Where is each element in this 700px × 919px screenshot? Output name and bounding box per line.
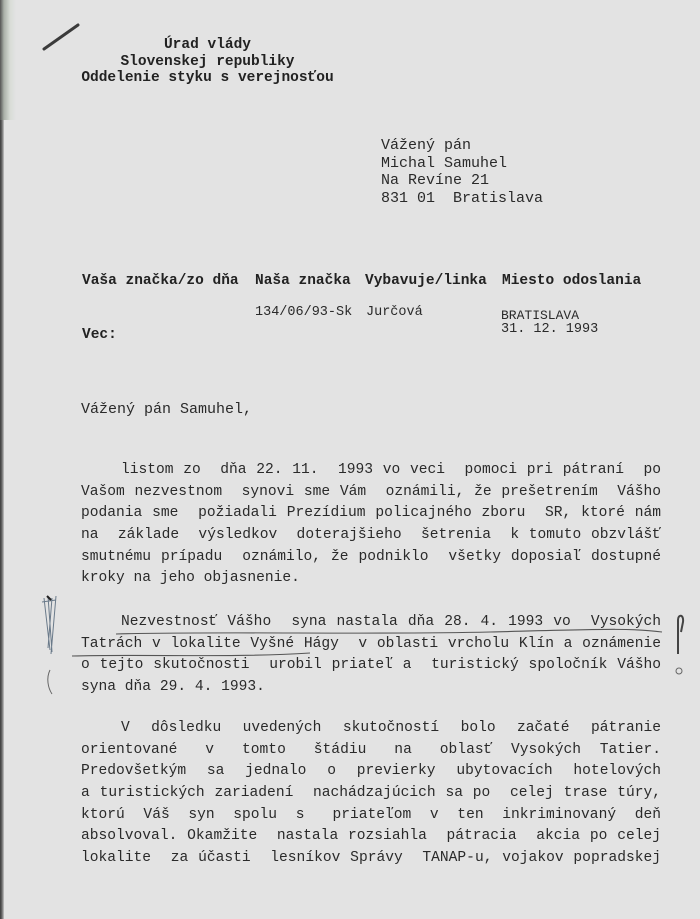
sender-block: Úrad vlády Slovenskej republiky Oddeleni… [80,37,335,87]
text-line: Predovšetkým sa jednalo o previerky ubyt… [81,761,661,783]
subject-label: Vec: [82,327,117,343]
text-line: Vašom nezvestnom synovi sme Vám oznámili… [81,482,661,504]
recipient-line: Vážený pán [381,137,543,155]
our-ref-value: 134/06/93-Sk [255,305,352,320]
sender-line: Oddelenie styku s verejnosťou [80,70,335,87]
recipient-line: Na Revíne 21 [381,172,543,190]
scan-edge [0,0,4,919]
pen-mark [40,20,85,55]
text-line: syna dňa 29. 4. 1993. [81,677,661,699]
our-ref-label: Naša značka [255,273,351,289]
text-line: lokalite za účasti lesníkov Správy TANAP… [81,848,661,870]
text-line: a turistických zariadení nachádzajúcich … [81,783,661,805]
margin-scribble-left [36,590,66,700]
text-line: absolvoval. Okamžite nastala rozsiahla p… [81,826,661,848]
text-line: ktorú Váš syn spolu s priateľom v ten in… [81,805,661,827]
recipient-line: Michal Samuhel [381,155,543,173]
handled-by-label: Vybavuje/linka [365,273,487,289]
paragraph-3: V dôsledku uvedených skutočností bolo za… [81,718,661,870]
scan-edge-shadow [0,0,16,120]
date-value: 31. 12. 1993 [501,322,598,337]
place-label: Miesto odoslania [502,273,641,289]
paragraph-1: listom zo dňa 22. 11. 1993 vo veci pomoc… [81,460,661,590]
text-line: listom zo dňa 22. 11. 1993 vo veci pomoc… [81,460,661,482]
recipient-line: 831 01 Bratislava [381,190,543,208]
text-line: kroky na jeho objasnenie. [81,568,661,590]
text-line: na základe výsledkov doterajšieho šetren… [81,525,661,547]
your-ref-label: Vaša značka/zo dňa [82,273,239,289]
text-line: podania sme požiadali Prezídium policajn… [81,503,661,525]
text-line: V dôsledku uvedených skutočností bolo za… [81,718,661,740]
hand-underline [70,620,670,660]
text-line: orientované v tomto štádiu na oblasť Vys… [81,740,661,762]
sender-line: Slovenskej republiky [80,54,335,71]
handled-by-value: Jurčová [366,305,423,320]
recipient-address: Vážený pán Michal Samuhel Na Revíne 21 8… [381,137,543,207]
salutation: Vážený pán Samuhel, [81,401,252,419]
sender-line: Úrad vlády [80,37,335,54]
margin-mark-right [670,610,692,680]
place-value: BRATISLAVA [501,308,579,323]
text-line: smutnému prípadu oznámilo, že podniklo v… [81,547,661,569]
